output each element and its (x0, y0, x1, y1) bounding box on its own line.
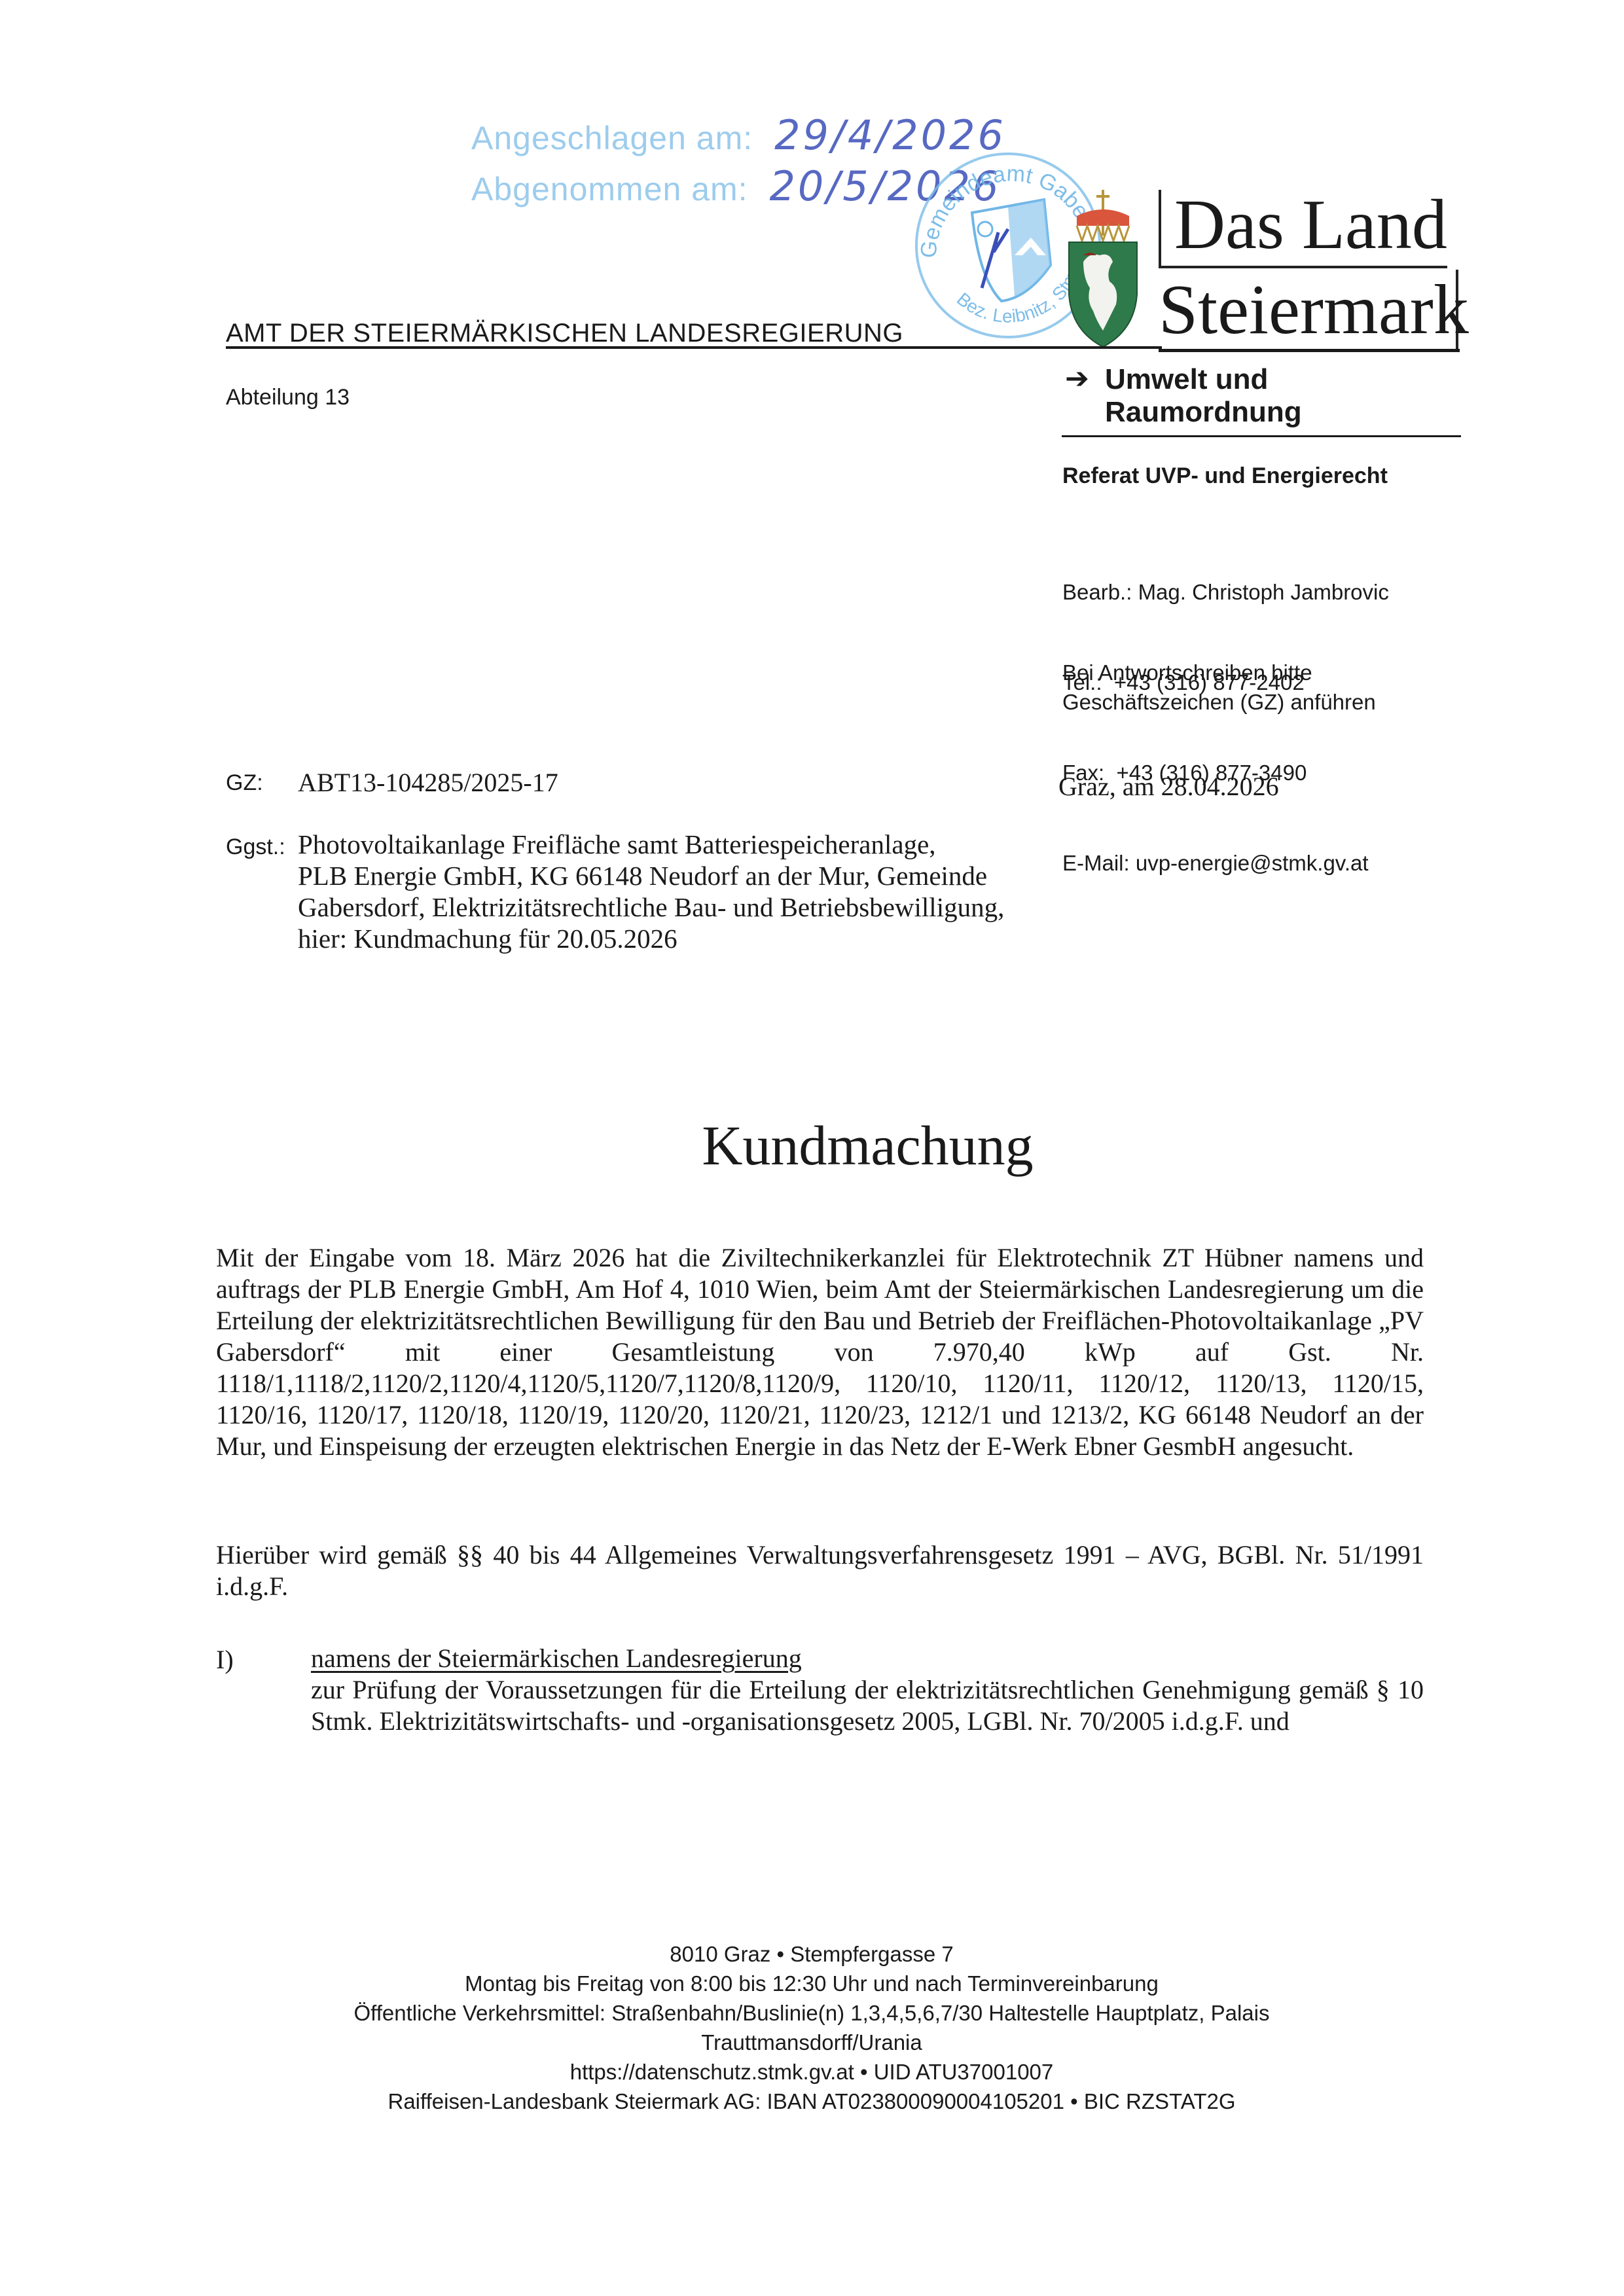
reply-note: Bei Antwortschreiben bitte Geschäftszeic… (1062, 658, 1376, 717)
reply-note-line2: Geschäftszeichen (GZ) anführen (1062, 687, 1376, 717)
division-line2: Raumordnung (1105, 396, 1302, 429)
footer-address: 8010 Graz • Stempfergasse 7 (288, 1939, 1335, 1969)
footer-bank: Raiffeisen-Landesbank Steiermark AG: IBA… (288, 2087, 1335, 2116)
reference-label: GZ: (226, 770, 263, 796)
section-heading: namens der Steiermärkischen Landesregier… (311, 1643, 1424, 1674)
subject-line: Gabersdorf, Elektrizitätsrechtliche Bau-… (298, 891, 1004, 923)
unit-name: Referat UVP- und Energierecht (1062, 463, 1388, 489)
header-divider (226, 346, 1162, 349)
email-link[interactable]: E-Mail: uvp-energie@stmk.gv.at (1062, 848, 1389, 878)
section-body: namens der Steiermärkischen Landesregier… (311, 1643, 1424, 1737)
document-title: Kundmachung (0, 1113, 1624, 1178)
body-paragraph-application: Mit der Eingabe vom 18. März 2026 hat di… (216, 1242, 1424, 1462)
body-paragraph-legal-basis: Hierüber wird gemäß §§ 40 bis 44 Allgeme… (216, 1539, 1424, 1602)
coat-of-arms-icon (1064, 190, 1142, 350)
arrow-right-icon: ➔ (1065, 362, 1089, 395)
clerk-name: Bearb.: Mag. Christoph Jambrovic (1062, 577, 1389, 607)
removed-label: Abgenommen am: (471, 171, 748, 207)
posted-label: Angeschlagen am: (471, 120, 753, 156)
subject-label: Ggst.: (226, 834, 285, 860)
subject-line: PLB Energie GmbH, KG 66148 Neudorf an de… (298, 860, 1004, 891)
footer-hours: Montag bis Freitag von 8:00 bis 12:30 Uh… (288, 1969, 1335, 1998)
section-number: I) (216, 1644, 234, 1675)
footer-transport-line1: Öffentliche Verkehrsmittel: Straßenbahn/… (288, 1998, 1335, 2028)
office-title: AMT DER STEIERMÄRKISCHEN LANDESREGIERUNG (226, 319, 903, 348)
division-name: Umwelt und Raumordnung (1105, 363, 1302, 429)
subject-line: hier: Kundmachung für 20.05.2026 (298, 923, 1004, 954)
place-date: Graz, am 28.04.2026 (1058, 771, 1279, 802)
footer-privacy-link[interactable]: https://datenschutz.stmk.gv.at • UID ATU… (288, 2057, 1335, 2087)
wordmark-divider (1159, 349, 1460, 352)
footer-transport-line2: Trauttmansdorff/Urania (288, 2028, 1335, 2057)
department-label: Abteilung 13 (226, 385, 350, 410)
subject-text: Photovoltaikanlage Freifläche samt Batte… (298, 829, 1004, 954)
reply-note-line1: Bei Antwortschreiben bitte (1062, 658, 1376, 687)
subject-line: Photovoltaikanlage Freifläche samt Batte… (298, 829, 1004, 860)
brand-wordmark-line1: Das Land (1159, 190, 1447, 268)
page-footer: 8010 Graz • Stempfergasse 7 Montag bis F… (288, 1939, 1335, 2116)
reference-number: ABT13-104285/2025-17 (298, 767, 558, 798)
section-text: zur Prüfung der Voraussetzungen für die … (311, 1674, 1424, 1737)
brand-wordmark-line2: Steiermark (1159, 270, 1458, 351)
division-divider (1062, 435, 1461, 437)
division-line1: Umwelt und (1105, 363, 1302, 396)
